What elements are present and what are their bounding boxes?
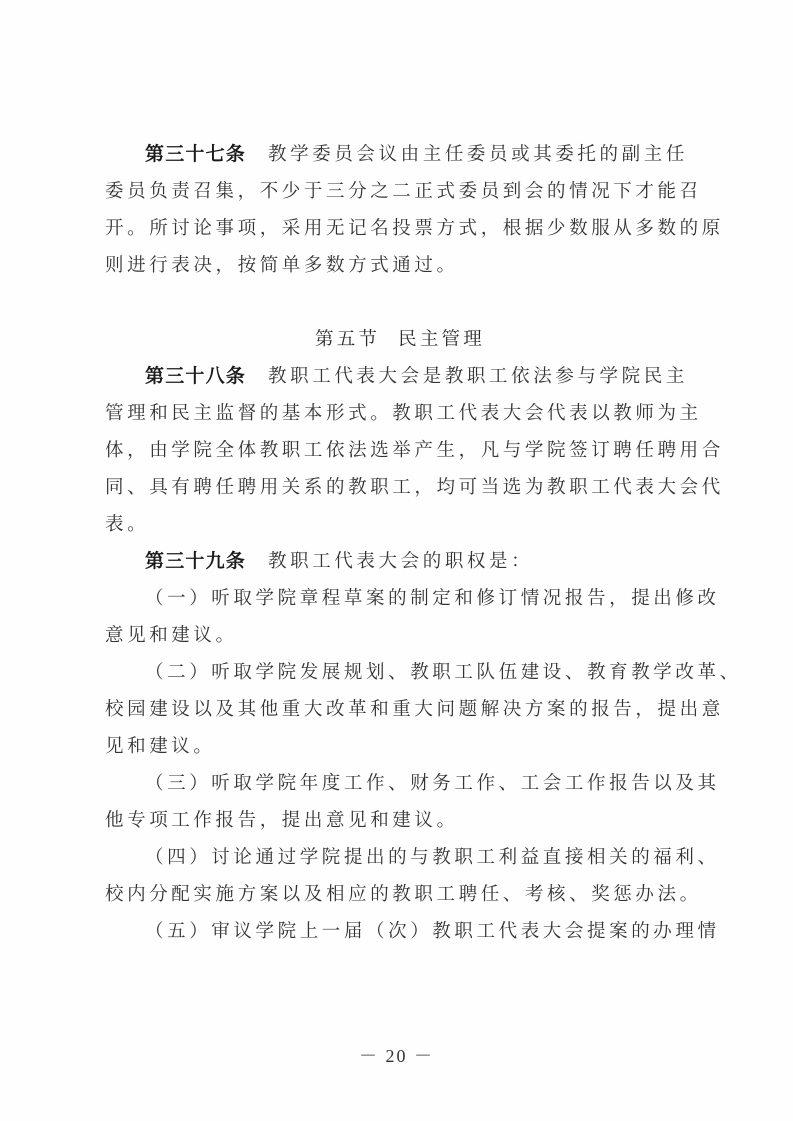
article-37-line-3: 开。所讨论事项，采用无记名投票方式，根据少数服从多数的原	[105, 210, 689, 247]
item-2-line-2: 校园建设以及其他重大改革和重大问题解决方案的报告，提出意	[105, 691, 689, 728]
article-number: 第三十八条	[145, 365, 246, 387]
article-38-line-4: 同、具有聘任聘用关系的教职工，均可当选为教职工代表大会代	[105, 469, 689, 506]
article-38-line-2: 管理和民主监督的基本形式。教职工代表大会代表以教师为主	[105, 395, 689, 432]
item-1-line-2: 意见和建议。	[105, 617, 689, 654]
article-number: 第三十九条	[145, 550, 246, 572]
item-4-line-2: 校内分配实施方案以及相应的教职工聘任、考核、奖惩办法。	[105, 876, 689, 913]
article-text: 教职工代表大会的职权是：	[268, 551, 533, 572]
document-body: 第三十七条教学委员会议由主任委员或其委托的副主任 委员负责召集，不少于三分之二正…	[105, 136, 689, 950]
item-2-line-3: 见和建议。	[105, 728, 689, 765]
article-38-line-3: 体，由学院全体教职工依法选举产生，凡与学院签订聘任聘用合	[105, 432, 689, 469]
item-5-line-1: （五）审议学院上一届（次）教职工代表大会提案的办理情	[105, 913, 689, 950]
article-37-line-1: 第三十七条教学委员会议由主任委员或其委托的副主任	[105, 136, 689, 173]
article-37-line-4: 则进行表决，按简单多数方式通过。	[105, 247, 689, 284]
item-3-line-2: 他专项工作报告，提出意见和建议。	[105, 802, 689, 839]
section-title: 民主管理	[398, 329, 485, 350]
article-37-line-2: 委员负责召集，不少于三分之二正式委员到会的情况下才能召	[105, 173, 689, 210]
item-1-line-1: （一）听取学院章程草案的制定和修订情况报告，提出修改	[105, 580, 689, 617]
article-number: 第三十七条	[145, 143, 246, 165]
article-38-line-1: 第三十八条教职工代表大会是教职工依法参与学院民主	[105, 358, 689, 395]
item-4-line-1: （四）讨论通过学院提出的与教职工利益直接相关的福利、	[105, 839, 689, 876]
article-38-line-5: 表。	[105, 506, 689, 543]
article-text: 教职工代表大会是教职工依法参与学院民主	[268, 366, 688, 387]
section-heading: 第五节民主管理	[105, 321, 689, 358]
item-2-line-1: （二）听取学院发展规划、教职工队伍建设、教育教学改革、	[105, 654, 689, 691]
article-39-line-1: 第三十九条教职工代表大会的职权是：	[105, 543, 689, 580]
section-number: 第五节	[315, 329, 380, 350]
item-3-line-1: （三）听取学院年度工作、财务工作、工会工作报告以及其	[105, 765, 689, 802]
article-text: 教学委员会议由主任委员或其委托的副主任	[268, 144, 688, 165]
spacer	[105, 284, 689, 321]
page-number: － 20 －	[0, 1042, 793, 1068]
document-page: 第三十七条教学委员会议由主任委员或其委托的副主任 委员负责召集，不少于三分之二正…	[0, 0, 793, 1121]
